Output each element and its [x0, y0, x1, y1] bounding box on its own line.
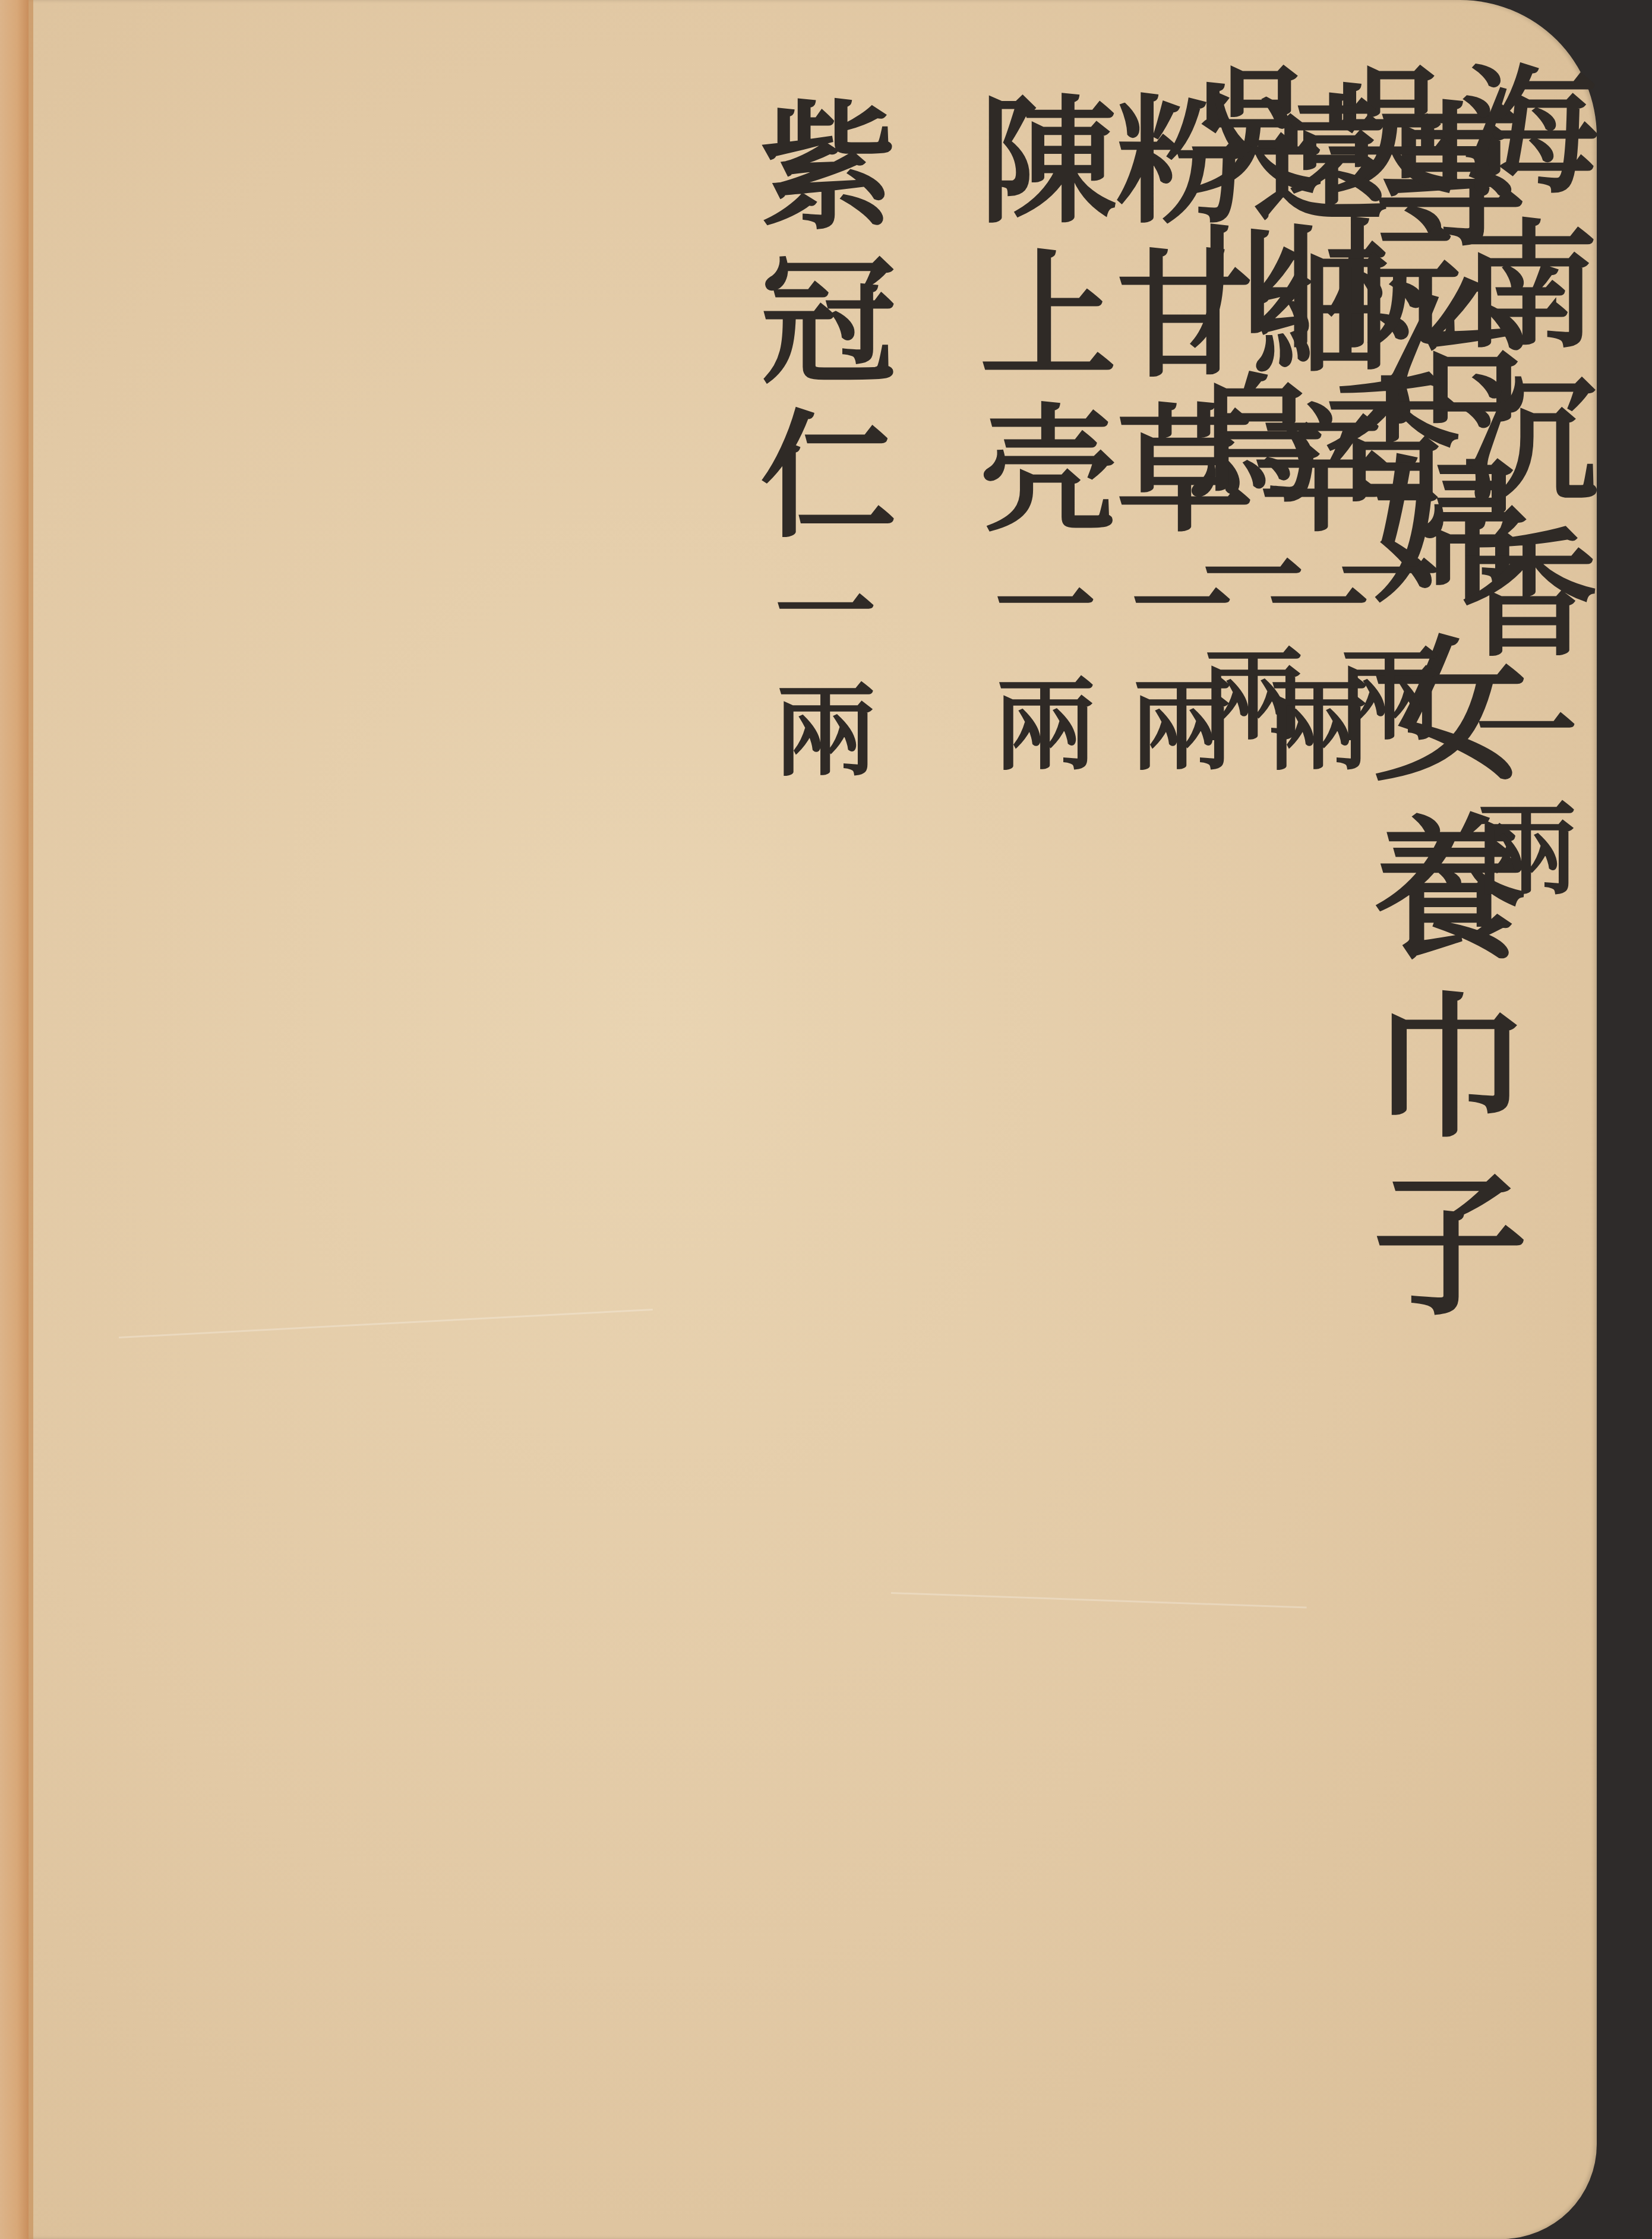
- herb-name: 紫冠仁: [737, 95, 897, 558]
- herb-name: 粉甘草: [1093, 89, 1253, 552]
- ingredient-entry: 海南沉香一兩: [1449, 59, 1586, 915]
- ingredient-entry: 遠細辛一兩: [1242, 89, 1378, 790]
- herb-name: 陳上壳: [956, 89, 1117, 552]
- herb-dose: 一兩: [1250, 552, 1369, 790]
- ingredient-column-4: 紫冠仁一兩: [748, 95, 885, 796]
- gutter-fold: [29, 0, 33, 2239]
- binding-edge: [0, 0, 29, 2239]
- herb-dose: 一兩: [977, 552, 1096, 790]
- herb-dose: 一兩: [1458, 677, 1577, 915]
- herb-name: 遠細辛: [1230, 89, 1390, 552]
- ingredient-entry: 紫冠仁一兩: [748, 95, 885, 796]
- ingredient-column-3: 遠細辛一兩 粉甘草一兩 陳上壳一兩: [968, 89, 1378, 790]
- ingredient-entry: 粉甘草一兩: [1105, 89, 1242, 790]
- ingredient-entry: 陳上壳一兩: [968, 89, 1105, 790]
- herb-name: 海南沉香: [1438, 59, 1598, 677]
- herb-dose: 一兩: [757, 558, 876, 796]
- herb-dose: 一兩: [1114, 552, 1233, 790]
